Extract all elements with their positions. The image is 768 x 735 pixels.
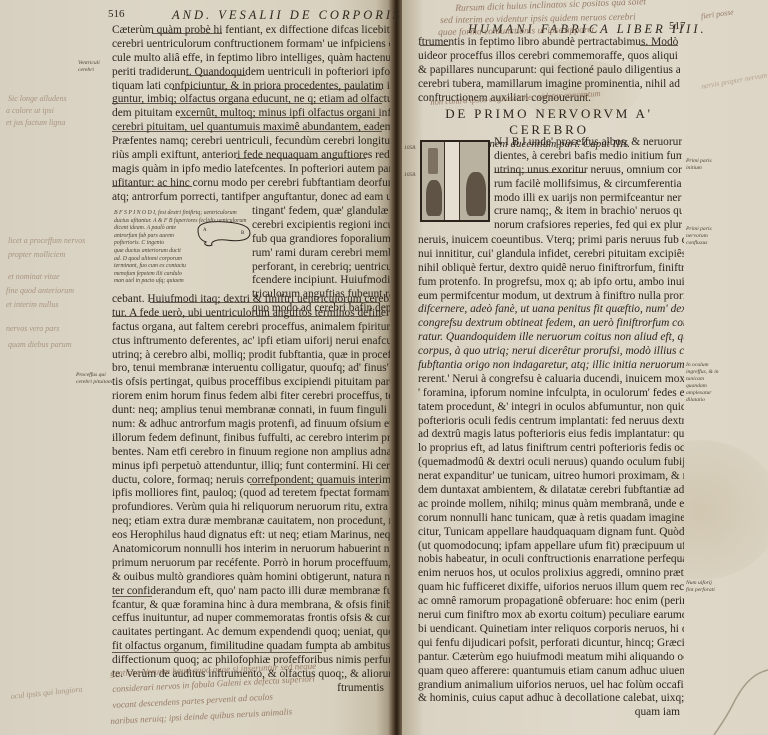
text-line: fcantur, & quæ foramina hinc à dura memb… (112, 599, 390, 613)
text-line: citur, Tunicam appellare haudquaquam dig… (418, 526, 684, 540)
svg-text:A: A (203, 228, 207, 233)
ink-strikethrough (250, 484, 380, 485)
text-line: dem pituitam excernût, multoq; minus ipf… (112, 107, 390, 121)
side-note: Ventriculi cerebri (78, 60, 112, 74)
text-line: nerui cum finiftro mox ab exortu coitum)… (418, 609, 684, 623)
text-line: tis ofsis pertingat, quibus proceffibus … (112, 376, 390, 390)
side-note-ref: 1058. (404, 172, 418, 179)
woodcut-initial: I (420, 140, 490, 222)
text-line: Anatomicorum nonnulli hos interim in ner… (112, 543, 390, 557)
text-line: ac omnê ramorum propagationê obferuare: … (418, 595, 684, 609)
side-note: Num uiforij fint perforati (686, 580, 720, 594)
running-head-left: AND. VESALII DE CORPORIS (172, 8, 402, 23)
text-line: (ut quomodocunq; ipfam appellare ufum fi… (418, 540, 684, 554)
text-line: magis quàm in ipfo medio latefcentes. In… (112, 163, 390, 177)
text-line: crure namq;, & item in brachio' neruos q… (494, 205, 682, 219)
ink-strikethrough (112, 652, 322, 653)
ink-strikethrough (186, 75, 246, 76)
text-line: minus ipfi perpetuò attenduntur, illiq; … (112, 460, 390, 474)
ink-strikethrough (152, 33, 222, 34)
text-line: pofterioris oculi fedis centrum implanta… (418, 415, 684, 429)
ink-strikethrough (180, 117, 380, 118)
text-line: dem duntaxat ambientem, & dilatatæ cereb… (418, 484, 684, 498)
paper-crease (680, 660, 768, 735)
text-line: profundiores. Verùm quia hi reliquorum n… (112, 501, 390, 515)
manuscript-note: et interim nullus (6, 298, 58, 312)
text-line: atq; antrorfum porrecti, tantifper anguf… (112, 191, 390, 205)
text-line: bentes. Nam etfi cerebro in finuum regio… (112, 446, 390, 460)
text-line: primum neruorum par recéfente. Porrò in … (112, 557, 390, 571)
manuscript-note: propter molliciem (8, 248, 65, 262)
text-line: difcernere, adeò fanè, ut uana penitus f… (418, 303, 684, 317)
side-note: Primi paris nervorum confluxus (686, 226, 716, 247)
text-line: riorem enim horum finus fedem albi fiter… (112, 390, 390, 404)
initial-letter-I (444, 142, 460, 222)
caption-line: terminant, fuo cum ex contactu (114, 263, 252, 271)
ventricle-diagram: A B (192, 218, 254, 248)
text-line: modo illi ex uarijs non permifceantur ne… (494, 192, 682, 206)
text-line: ' foramina, ipforum nomine infculpta, in… (418, 387, 684, 401)
manuscript-note: quae forma coniunctionis ut ipse apparet (438, 23, 594, 40)
text-line: Cæterùm quàm probè hi fentiant, ex diffe… (112, 24, 390, 38)
side-note: Proceffus qui cerebri pituitam (76, 372, 112, 386)
folio-left: 516 (108, 8, 125, 20)
text-line: rum' rami duram cerebri membranam (252, 247, 390, 261)
ink-strikethrough (112, 103, 382, 104)
folio-right: 517 (669, 20, 686, 32)
text-line: eos Herophilus haud dignatus eft: ut neq… (112, 529, 390, 543)
text-line: neruis, inuicem coeuntibus. Vterq; primi… (418, 234, 684, 248)
text-line: enim neruos hos, ut oculos prolixius agg… (418, 567, 684, 581)
text-line: cerebri pituitam, uel quantumuis maximê … (112, 121, 390, 135)
text-line: ipfis molliores fint, pauloq; (quod ad t… (112, 487, 390, 501)
ink-strikethrough (236, 158, 366, 159)
text-line: nui innititur, cui' glandula infidet, ce… (418, 248, 684, 262)
text-line: num: & adhuc antrorfum magis protenfi, a… (112, 418, 390, 432)
manuscript-note: licet a proceffum nervos (8, 234, 85, 248)
text-line: ad dextrû magis latus pofterioris eius f… (418, 428, 684, 442)
text-line: (quemadmodû & dextri oculi neruus) quand… (418, 456, 684, 470)
text-line: corpus, à quo utriq; nerui dicerêtur pro… (418, 345, 684, 359)
side-note: Primi paris initium (686, 158, 716, 172)
text-line: qui fenfu dijudicari pofsit, perforati d… (418, 637, 684, 651)
text-line: neq; etiam extra duræ membranæ cauitatem… (112, 515, 390, 529)
ink-strikethrough (112, 131, 382, 132)
caption-line: B F S P I N O D I, fest dextri finiftriq… (114, 210, 252, 218)
text-line: ctus inftrumento deferentes, ac' ipfi et… (112, 335, 390, 349)
side-note-ref: 1058. (404, 145, 418, 152)
text-line: & hominis, cuius caput adhuc à decollati… (418, 692, 684, 706)
text-line: ratur. Quandoquidem ille neruorum coitus… (418, 331, 684, 345)
caption-line: man utel in pacto ufq; quiaem (114, 278, 252, 286)
text-line: dunt: neq; amplius tenui membranæ connat… (112, 404, 390, 418)
text-line: cerebri excipientis regioni incumbit, & (252, 219, 390, 233)
left-text-top: Cæterùm quàm probè hi fentiant, ex diffe… (112, 24, 390, 205)
text-line: rerent.' Nerui à congrefsu è caluaria du… (418, 373, 684, 387)
text-line: factus organa, aut faltem cerebri procef… (112, 321, 390, 335)
right-initial-text: N I B I unde' proceffus albos, & neruoru… (494, 136, 682, 233)
manuscript-note: quam diebus parum (8, 338, 72, 352)
text-line: quam hic fufficeret dixiffe, uiforios ne… (418, 581, 684, 595)
text-line: nerat expanditur' ue tunicam, uitreo hum… (418, 470, 684, 484)
text-line: congrefsu dextrum obtineat fedem, an uer… (418, 317, 684, 331)
woodcut-figure (426, 180, 442, 216)
woodcut-column (428, 148, 438, 174)
text-line: nihil obliquè fertur, dextro quidê neruo… (418, 262, 684, 276)
ink-strikethrough (112, 316, 382, 317)
text-line: tiquam lati confpiciuntur, & in priora p… (112, 80, 390, 94)
text-line: perforant, in cerebriq; uentriculos a- (252, 261, 390, 275)
text-line: Præfentes namq; cerebri uentriculi, fecu… (112, 135, 390, 149)
text-line: norum crafsiores reperies, fed qui ex pl… (494, 219, 682, 233)
text-line: ufitantur: ac hinc cornu modo per cerebr… (112, 177, 390, 191)
text-line: dientes, à cerebri bafis medio initium f… (494, 150, 682, 164)
text-line: tingant' fedem, quæ' glandulæ pituitam (252, 205, 390, 219)
left-text-bottom: cebant. Huiufmodi itaq; dextri & finiftr… (112, 293, 390, 696)
text-line: cebant. Huiufmodi itaq; dextri & finiftr… (112, 293, 390, 307)
text-line: uideor proceffus illos cerebri commemora… (418, 50, 680, 64)
text-line: ac proinde mollem, nihilq; minus quàm me… (418, 498, 684, 512)
text-line: fum protenfo. In progrefsu, mox q; ab ip… (418, 276, 684, 290)
text-line: bi uendicant. Quinetiam inter reliquos c… (418, 623, 684, 637)
text-line: utrinq; à cerebro albi, molliq; prodit f… (112, 349, 390, 363)
text-line: grandium animalium uiforios neruos, uel … (418, 679, 684, 693)
text-line: cauitates pertingant. Ac demum expendend… (112, 626, 390, 640)
ink-strikethrough (172, 89, 382, 90)
manuscript-note: fine quod anteriorum (6, 284, 74, 298)
text-line: tur. A fede uerò, ubi uentriculorum angu… (112, 307, 390, 321)
text-line: fcendere incipiunt. Huiufmodi (252, 274, 390, 288)
text-line: fubftantia origo non indagaretur, atq; i… (418, 359, 684, 373)
right-text-body: neruis, inuicem coeuntibus. Vterq; primi… (418, 234, 684, 720)
text-line: & papillares nuncuparunt: qui fectioné p… (418, 64, 680, 78)
manuscript-note: et jus factum ligna (6, 116, 65, 130)
ink-strikethrough (494, 172, 586, 173)
text-line: cerebri uentriculorum conftructionem for… (112, 38, 390, 52)
chapter-title-main: DE PRIMO NERVORVM A' CEREBRO (414, 106, 684, 138)
text-line: periti tradiderunt. Quandoquidem uentric… (112, 66, 390, 80)
text-line: lo proprius eft, ad latus finiftrum cent… (418, 442, 684, 456)
text-line: illorum fedem definunt, finibus fuffulti… (112, 432, 390, 446)
text-line: & ouibus multò grandiores quàm homini ob… (112, 571, 390, 585)
ink-strikethrough (112, 186, 192, 187)
text-line: eum permifcentur modum, ut dextrum à fin… (418, 290, 684, 304)
ink-strikethrough (640, 45, 678, 46)
text-line: tatem procedunt, &' integri in oculos ab… (418, 401, 684, 415)
text-line: ter confiderandum eft, quo' nam pacto il… (112, 585, 390, 599)
caption-line: quæ ductus anteriorum ducit (114, 248, 252, 256)
text-line: fub qua grandiores foporalium arteri- (252, 233, 390, 247)
ink-strikethrough (150, 302, 380, 303)
side-note: In oculum ingreffus, & in tunicam quanda… (686, 362, 722, 404)
book-spread: 516 AND. VESALII DE CORPORIS Cæterùm quà… (0, 0, 768, 735)
text-line: riùs ampli exiftunt, anteriori fede nequ… (112, 149, 390, 163)
ink-strikethrough (112, 596, 152, 597)
text-line: quam queo afferere: quantumuis etiam can… (418, 665, 684, 679)
text-line: cule multo aliâ effe, in feptimo libro i… (112, 52, 390, 66)
text-line: rum facilè mollifsimus, & circumferentia… (494, 178, 682, 192)
svg-text:B: B (241, 231, 245, 236)
text-line: pantur. Cæterùm ego huiufmodi meatum mih… (418, 651, 684, 665)
text-line: corum nonnulli hanc tunicam, quæ à retis… (418, 512, 684, 526)
text-line: nobis habeatur, in oculi conftructionis … (418, 553, 684, 567)
catchword: quam iam (418, 706, 684, 720)
text-line: ceffus inuituntur, ad nuper commemoratas… (112, 612, 390, 626)
woodcut-figure (466, 172, 486, 216)
text-line: utrinq; unus exoritur neruus, omnium cor… (494, 164, 682, 178)
text-line: guntur, imbiq; olfactus organa educunt, … (112, 93, 390, 107)
manuscript-note: nervos vero pars (6, 322, 59, 336)
text-line: N I B I unde' proceffus albos, & neruoru… (494, 136, 682, 150)
ink-strikethrough (420, 45, 450, 46)
manuscript-note: et nominat vitae (8, 270, 60, 284)
text-line: bro, tenui membranæ interuentu colligatu… (112, 362, 390, 376)
